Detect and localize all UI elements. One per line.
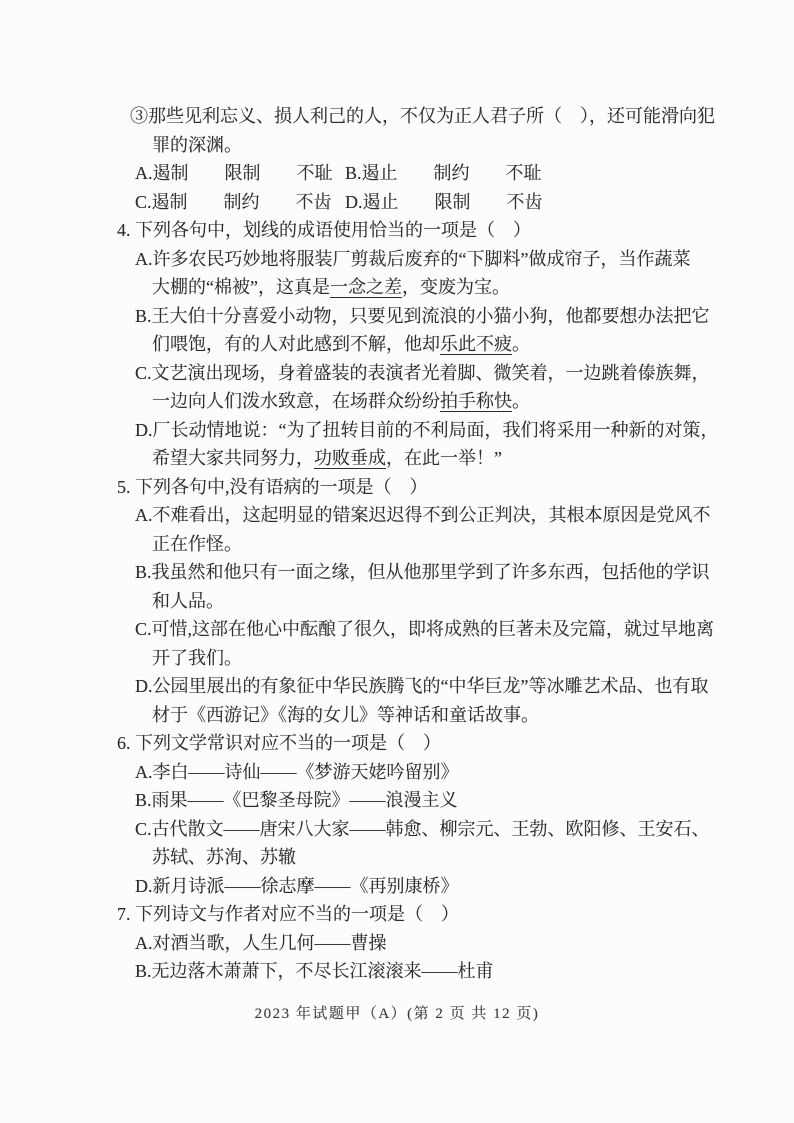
exam-content: ③那些见利忘义、损人利己的人，不仅为正人君子所（ ），还可能滑向犯 罪的深渊。 … — [0, 0, 794, 1023]
question-3-options-row1: A.遏制 限制 不耻 B.遏止 制约 不耻 — [0, 159, 794, 188]
question-4-option-d-line2: 希望大家共同努力，功败垂成，在此一举！” — [0, 444, 794, 473]
question-5-option-a-line2: 正在作怪。 — [0, 530, 794, 559]
question-4-option-b-line1: B.王大伯十分喜爱小动物，只要见到流浪的小猫小狗，他都要想办法把它 — [0, 302, 794, 331]
question-5-option-d-line2: 材于《西游记》《海的女儿》等神话和童话故事。 — [0, 701, 794, 730]
exam-page: ③那些见利忘义、损人利己的人，不仅为正人君子所（ ），还可能滑向犯 罪的深渊。 … — [0, 0, 794, 1123]
text-segment: ，变废为宝。 — [402, 277, 510, 297]
question-4-stem: 4. 下列各句中，划线的成语使用恰当的一项是（ ） — [0, 216, 794, 245]
question-6-option-c-line2: 苏轼、苏洵、苏辙 — [0, 843, 794, 872]
question-5-option-c-line1: C.可惜,这部在他心中酝酿了很久，即将成熟的巨著未及完篇，就过早地离 — [0, 615, 794, 644]
question-4-option-a-line2: 大棚的“棉被”，这真是一念之差，变废为宝。 — [0, 273, 794, 302]
question-5-option-d-line1: D.公园里展出的有象征中华民族腾飞的“中华巨龙”等冰雕艺术品、也有取 — [0, 672, 794, 701]
text-segment: 一边向人们泼水致意，在场群众纷纷 — [152, 391, 440, 411]
text-segment: ，在此一举！” — [386, 448, 502, 468]
text-segment: 。 — [512, 334, 530, 354]
question-4-option-c-line1: C.文艺演出现场，身着盛装的表演者光着脚、微笑着，一边跳着傣族舞， — [0, 359, 794, 388]
question-3-option-d: D.遏止 限制 不齿 — [345, 188, 543, 217]
question-7-option-b: B.无边落木萧萧下，不尽长江滚滚来——杜甫 — [0, 957, 794, 986]
question-6-option-c-line1: C.古代散文——唐宋八大家——韩愈、柳宗元、王勃、欧阳修、王安石、 — [0, 815, 794, 844]
text-segment: 希望大家共同努力， — [152, 448, 314, 468]
question-3-stem-line1: ③那些见利忘义、损人利己的人，不仅为正人君子所（ ），还可能滑向犯 — [0, 102, 794, 131]
question-6-stem: 6. 下列文学常识对应不当的一项是（ ） — [0, 729, 794, 758]
question-3-option-c: C.遏制 制约 不齿 — [135, 192, 332, 212]
text-segment: 大棚的“棉被”，这真是 — [152, 277, 330, 297]
question-7-stem: 7. 下列诗文与作者对应不当的一项是（ ） — [0, 900, 794, 929]
question-6-option-b: B.雨果——《巴黎圣母院》——浪漫主义 — [0, 786, 794, 815]
question-4-option-d-line1: D.厂长动情地说：“为了扭转目前的不利局面，我们将采用一种新的对策， — [0, 416, 794, 445]
question-3-stem-line2: 罪的深渊。 — [0, 131, 794, 160]
question-3-options-row2: C.遏制 制约 不齿 D.遏止 限制 不齿 — [0, 188, 794, 217]
question-5-option-b-line1: B.我虽然和他只有一面之缘，但从他那里学到了许多东西，包括他的学识 — [0, 558, 794, 587]
question-4-option-a-line1: A.许多农民巧妙地将服装厂剪裁后废弃的“下脚料”做成帘子，当作蔬菜 — [0, 245, 794, 274]
page-footer: 2023 年试题甲（A）(第 2 页 共 12 页) — [0, 1002, 794, 1023]
question-3-option-a: A.遏制 限制 不耻 — [135, 163, 333, 183]
underlined-phrase: 功败垂成 — [314, 448, 386, 468]
question-6-option-a: A.李白——诗仙——《梦游天姥吟留别》 — [0, 758, 794, 787]
underlined-phrase: 一念之差 — [330, 277, 402, 297]
question-6-option-d: D.新月诗派——徐志摩——《再别康桥》 — [0, 872, 794, 901]
question-7-option-a: A.对酒当歌，人生几何——曹操 — [0, 929, 794, 958]
question-5-option-c-line2: 开了我们。 — [0, 644, 794, 673]
question-4-option-b-line2: 们喂饱，有的人对此感到不解，他却乐此不疲。 — [0, 330, 794, 359]
question-5-option-a-line1: A.不难看出，这起明显的错案迟迟得不到公正判决，其根本原因是党风不 — [0, 501, 794, 530]
text-segment: 。 — [512, 391, 530, 411]
question-5-option-b-line2: 和人品。 — [0, 587, 794, 616]
underlined-phrase: 乐此不疲 — [440, 334, 512, 354]
text-segment: 们喂饱，有的人对此感到不解，他却 — [152, 334, 440, 354]
question-5-stem: 5. 下列各句中,没有语病的一项是（ ） — [0, 473, 794, 502]
question-4-option-c-line2: 一边向人们泼水致意，在场群众纷纷拍手称快。 — [0, 387, 794, 416]
underlined-phrase: 拍手称快 — [440, 391, 512, 411]
question-3-option-b: B.遏止 制约 不耻 — [345, 159, 542, 188]
